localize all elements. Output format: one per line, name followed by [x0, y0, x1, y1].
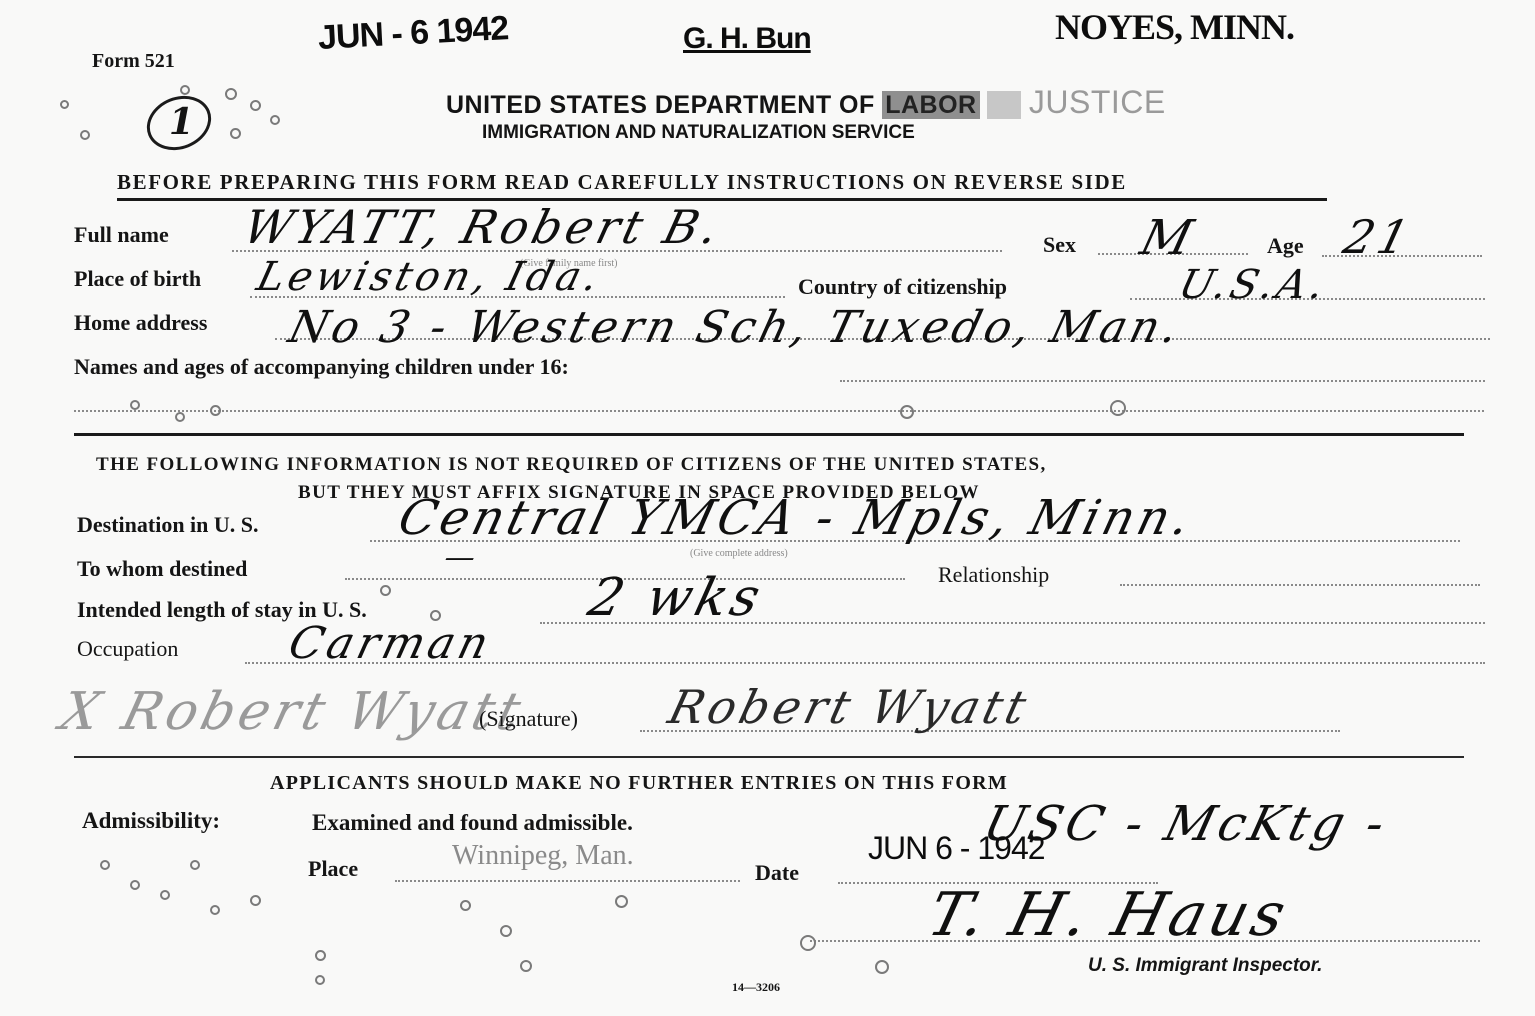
- instructions-banner: BEFORE PREPARING THIS FORM READ CAREFULL…: [117, 170, 1127, 195]
- inspector-initials-stamp: G. H. Bun: [683, 22, 811, 56]
- destination-hint: (Give complete address): [690, 548, 788, 559]
- scan-speck: [190, 860, 200, 870]
- citizenship-label: Country of citizenship: [798, 274, 1007, 300]
- occupation-value: Carman: [284, 618, 498, 669]
- port-stamp: NOYES, MINN.: [1055, 6, 1294, 48]
- admissibility-label: Admissibility:: [82, 808, 220, 834]
- circled-number-mark: 1: [139, 87, 220, 160]
- scan-speck: [250, 100, 261, 111]
- margin-signature-mark: X Robert Wyatt: [55, 682, 531, 742]
- applicant-signature: Robert Wyatt: [663, 680, 1035, 734]
- date-stamp-value: JUN 6 - 1942: [868, 830, 1045, 867]
- department-struck-labor: LABOR: [882, 91, 979, 119]
- scan-speck: [1110, 400, 1126, 416]
- scan-speck: [210, 405, 221, 416]
- scan-speck: [130, 880, 140, 890]
- to-whom-label: To whom destined: [77, 556, 247, 582]
- no-further-entries-notice: APPLICANTS SHOULD MAKE NO FURTHER ENTRIE…: [270, 772, 1008, 795]
- birthplace-value: Lewiston, Ida.: [252, 254, 607, 300]
- scan-speck: [230, 128, 241, 139]
- signature-label: (Signature): [479, 706, 578, 732]
- scan-speck: [100, 860, 110, 870]
- birthplace-label: Place of birth: [74, 266, 201, 292]
- scan-speck: [250, 895, 261, 906]
- destination-value: Central YMCA - Mpls, Minn.: [393, 490, 1199, 546]
- scan-speck: [430, 610, 441, 621]
- department-justice: JUSTICE: [1029, 84, 1166, 120]
- children-label: Names and ages of accompanying children …: [74, 354, 569, 380]
- sex-value: M: [1135, 210, 1202, 266]
- scan-speck: [175, 412, 185, 422]
- date-label: Date: [755, 860, 799, 886]
- scan-speck: [160, 890, 170, 900]
- inspector-signature: T. H. Haus: [921, 880, 1296, 950]
- inspector-title: U. S. Immigrant Inspector.: [1088, 955, 1322, 977]
- place-stamp-value: Winnipeg, Man.: [452, 840, 634, 872]
- scan-speck: [80, 130, 90, 140]
- to-whom-value: —: [441, 540, 484, 575]
- department-prefix: UNITED STATES DEPARTMENT OF: [446, 91, 875, 119]
- citizenship-value: U.S.A.: [1174, 262, 1333, 308]
- home-address-value: No 3 - Western Sch, Tuxedo, Man.: [284, 302, 1188, 353]
- scan-speck: [60, 100, 69, 109]
- date-stamp: JUN - 6 1942: [317, 9, 509, 58]
- scan-speck: [800, 935, 816, 951]
- home-address-label: Home address: [74, 310, 207, 336]
- service-title: IMMIGRATION AND NATURALIZATION SERVICE: [482, 122, 915, 144]
- full-name-value: WYATT, Robert B.: [238, 200, 727, 254]
- form-number: Form 521: [92, 50, 175, 73]
- relationship-label: Relationship: [938, 562, 1049, 588]
- sex-label: Sex: [1043, 232, 1076, 258]
- scan-speck: [615, 895, 628, 908]
- department-title: UNITED STATES DEPARTMENT OF LABOR XX JUS…: [446, 84, 1166, 121]
- scan-speck: [225, 88, 237, 100]
- scan-speck: [380, 585, 391, 596]
- length-of-stay-value: 2 wks: [583, 568, 770, 628]
- scan-speck: [210, 905, 220, 915]
- scan-speck: [900, 405, 914, 419]
- destination-label: Destination in U. S.: [77, 512, 259, 538]
- scan-speck: [500, 925, 512, 937]
- age-value: 21: [1338, 210, 1418, 264]
- scan-speck: [460, 900, 471, 911]
- section-rule-2: [74, 756, 1464, 758]
- scan-speck: [875, 960, 889, 974]
- scan-speck: [520, 960, 532, 972]
- scan-speck: [130, 400, 140, 410]
- section-rule-1: [74, 433, 1464, 436]
- non-citizen-notice-line1: THE FOLLOWING INFORMATION IS NOT REQUIRE…: [96, 454, 1047, 476]
- occupation-label: Occupation: [77, 636, 178, 662]
- admissibility-text: Examined and found admissible.: [312, 810, 633, 836]
- scan-speck: [315, 950, 326, 961]
- age-label: Age: [1267, 233, 1304, 259]
- full-name-label: Full name: [74, 222, 169, 248]
- scan-speck: [270, 115, 280, 125]
- scan-speck: [315, 975, 325, 985]
- scan-speck: [180, 85, 190, 95]
- print-code: 14—3206: [732, 980, 780, 995]
- place-label: Place: [308, 856, 358, 882]
